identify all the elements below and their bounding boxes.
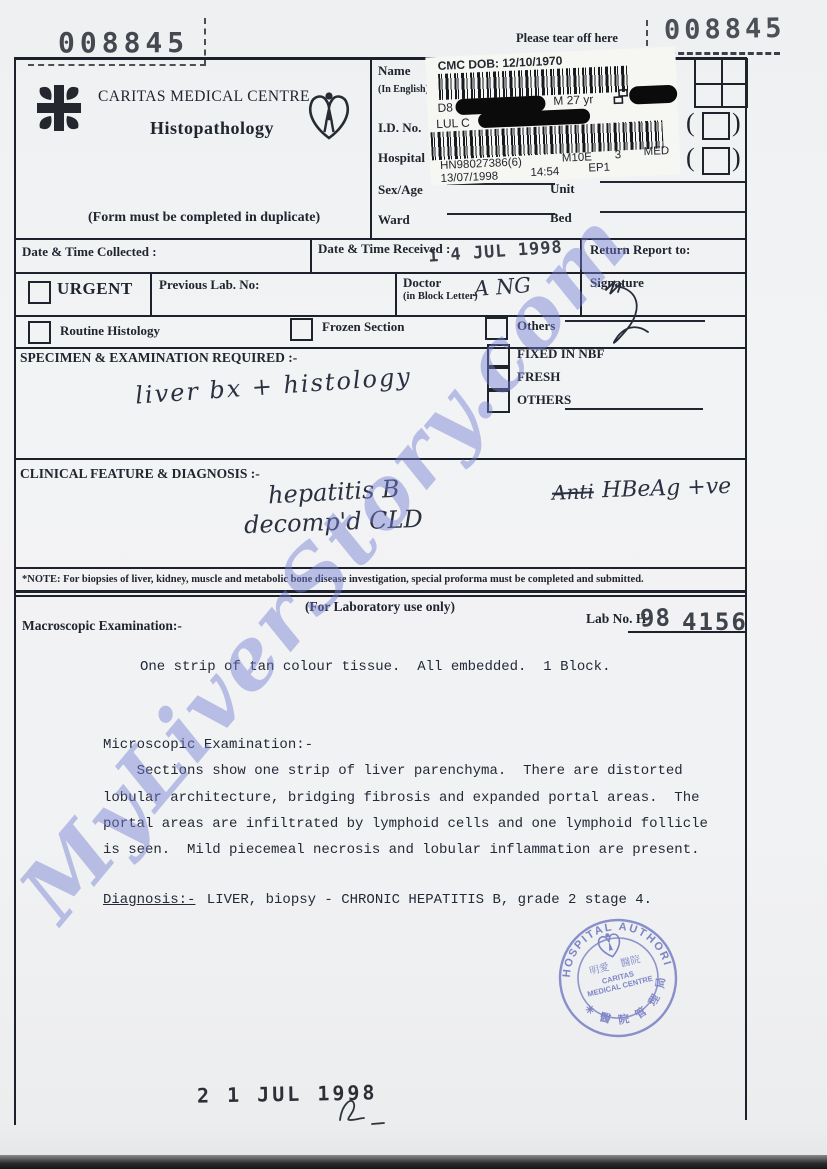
form-right-border: [745, 57, 747, 1120]
micro-label: Microscopic Examination:-: [103, 737, 313, 753]
sticker-ep: EP1: [588, 162, 610, 175]
lab-no-label: Lab No. H: [586, 611, 646, 627]
note-text: *NOTE: For biopsies of liver, kidney, mu…: [22, 574, 732, 585]
sticker-id-prefix: D8: [437, 100, 453, 115]
micro-line-1: Sections show one strip of liver parench…: [103, 763, 683, 779]
paren-open-2: (: [686, 143, 695, 173]
redaction-1: [629, 85, 678, 105]
urgent-checkbox: [28, 281, 51, 304]
routine-checkbox: [28, 321, 51, 344]
others-checkbox: [485, 317, 508, 340]
lab-no-line: [628, 631, 746, 633]
stamp-cn-right: 醫院: [619, 952, 642, 969]
clinical-handwriting-1b: HBeAg +ve: [602, 474, 732, 503]
specimen-others-checkbox: [487, 390, 510, 413]
name-sub-label: (In English): [378, 84, 429, 95]
header-divider: [370, 57, 372, 238]
unit-label: Unit: [550, 181, 575, 197]
sticker-spec: MED: [643, 145, 669, 158]
tear-off-label: Please tear off here: [516, 31, 618, 46]
micro-line-2: lobular architecture, bridging fibrosis …: [103, 790, 700, 806]
specimen-others-line: [565, 408, 703, 410]
sticker-sex-age: M 27 yr: [553, 92, 594, 108]
macro-text: One strip of tan colour tissue. All embe…: [140, 659, 610, 675]
marker-symbol: [613, 89, 630, 106]
previous-lab-label: Previous Lab. No:: [159, 277, 260, 293]
hospital-authority-stamp: HOSPITAL AUTHORITY ✳ 醫 院 管 理 局 ✳ 明愛 醫院 C…: [538, 898, 698, 1058]
header-bottom-line: [14, 238, 747, 240]
signature-handwriting: [588, 276, 708, 356]
collected-label: Date & Time Collected :: [22, 244, 157, 260]
note-top-line: [14, 567, 747, 569]
clinical-title: CLINICAL FEATURE & DIAGNOSIS :-: [20, 466, 260, 482]
patient-label-sticker: CMC DOB: 12/10/1970 D8 M 27 yr LUL C HN9…: [425, 47, 680, 186]
clinical-handwriting-struck: Anti: [552, 479, 595, 504]
office-grid-box: [694, 58, 748, 108]
right-serial-number: 008845: [664, 13, 786, 46]
lab-divider-thick: [14, 590, 747, 593]
frozen-checkbox: [290, 318, 313, 341]
return-report-label: Return Report to:: [590, 242, 690, 258]
sticker-date: 13/07/1998: [440, 170, 498, 184]
caritas-logo: [36, 84, 82, 132]
clinical-handwriting-2: decomp'd CLD: [244, 505, 424, 539]
paren-close-2: ): [732, 143, 741, 173]
specimen-others-label: OTHERS: [517, 392, 571, 408]
left-serial-number: 008845: [58, 26, 189, 59]
sticker-bed-no: 3: [615, 149, 622, 161]
paren-close-1: ): [732, 108, 741, 138]
hospital-label: Hospital: [378, 150, 425, 166]
doctor-sub-label: (in Block Letter): [403, 291, 478, 302]
fresh-checkbox: [487, 367, 510, 390]
scanned-histopathology-form: 008845 Please tear off here 008845 CARIT…: [0, 0, 827, 1169]
specimen-bottom-line: [14, 458, 747, 460]
doctor-handwriting: A NG: [473, 273, 532, 301]
office-check-box-2: [702, 147, 730, 175]
fresh-label: FRESH: [517, 369, 560, 385]
ward-line: [447, 213, 555, 215]
date-row-divider-1: [310, 238, 312, 272]
name-label: Name: [378, 63, 411, 79]
hospital-authority-logo: [306, 90, 352, 142]
macro-label: Macroscopic Examination:-: [22, 618, 182, 634]
scan-bottom-edge: [0, 1155, 827, 1169]
micro-line-3: portal areas are infiltrated by lymphoid…: [103, 816, 708, 832]
unit-line: [600, 181, 745, 183]
others-label: Others: [517, 318, 555, 334]
office-check-box-1: [702, 112, 730, 140]
date-row-bottom-line: [14, 272, 747, 274]
micro-line-4: is seen. Mild piecemeal necrosis and lob…: [103, 842, 700, 858]
department-title: Histopathology: [150, 118, 274, 139]
centre-name: CARITAS MEDICAL CENTRE: [98, 88, 310, 106]
frozen-label: Frozen Section: [322, 319, 404, 335]
sex-age-label: Sex/Age: [378, 182, 423, 198]
routine-label: Routine Histology: [60, 323, 160, 339]
fixed-nbf-checkbox: [487, 344, 510, 367]
date-row-divider-2: [580, 238, 582, 272]
request-row-divider-3: [580, 272, 582, 315]
diagnosis-text: LIVER, biopsy - CHRONIC HEPATITIS B, gra…: [190, 892, 652, 908]
request-row-divider-1: [150, 272, 152, 315]
clinical-handwriting-1: hepatitis B: [267, 475, 400, 510]
diagnosis-label: Diagnosis:-: [103, 892, 195, 908]
specimen-title: SPECIMEN & EXAMINATION REQUIRED :-: [20, 350, 297, 366]
specimen-handwriting: liver bx + histology: [134, 362, 412, 409]
paren-open-1: (: [686, 108, 695, 138]
urgent-label: URGENT: [57, 279, 133, 299]
doctor-label: Doctor: [403, 275, 441, 291]
request-row-divider-2: [395, 272, 397, 315]
duplicate-note: (Form must be completed in duplicate): [88, 210, 320, 226]
id-label: I.D. No.: [378, 120, 421, 136]
sticker-hn: HN98027386(6): [440, 156, 522, 172]
bed-line: [600, 211, 745, 213]
footer-initial-handwriting: [330, 1086, 410, 1136]
lab-no-year-stamp: 98: [640, 603, 672, 632]
sticker-name-prefix: LUL C: [436, 116, 470, 131]
ward-label: Ward: [378, 212, 410, 228]
sticker-time: 14:54: [530, 166, 559, 179]
lab-divider-thin: [14, 595, 747, 597]
